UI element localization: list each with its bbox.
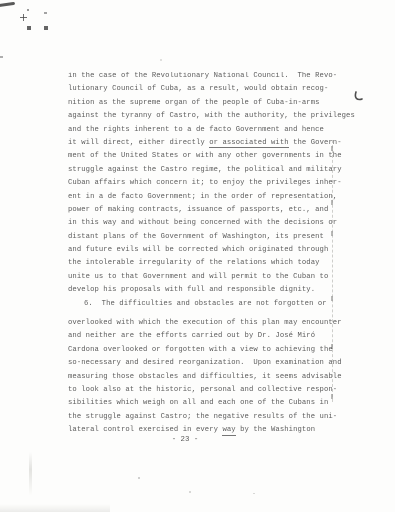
handwritten-tick-icon [350, 90, 366, 106]
text-line: in the case of the Revolutionary Nationa… [68, 70, 340, 83]
text-line: overlooked with which the execution of t… [68, 317, 340, 330]
text-line: struggle against the Castro regime, the … [68, 164, 340, 177]
punch-dot-icon [27, 9, 29, 11]
text-line: Cardona overlooked or forgotten with a v… [68, 344, 340, 357]
text-line: and future evils will be corrected which… [68, 244, 340, 257]
text-line: sibilities which weigh on all and each o… [68, 397, 340, 410]
text-line: the struggle against Castro; the negativ… [68, 411, 340, 424]
scanned-document-page: in the case of the Revolutionary Nationa… [0, 0, 395, 512]
text-line: unite us to that Government and will per… [68, 271, 340, 284]
text-line: to look also at the historic, personal a… [68, 384, 340, 397]
text-line: measuring those obstacles and difficulti… [68, 371, 340, 384]
scan-edge-shade [0, 504, 110, 512]
text-line: develop his proposals with full and resp… [68, 284, 340, 297]
text-line: it will direct, either directly or assoc… [68, 137, 340, 150]
punch-dot-icon [44, 12, 47, 14]
punch-square-icon [27, 26, 31, 30]
scan-corner-streak [0, 2, 15, 7]
text-line: ent in a de facto Government; in the ord… [68, 191, 340, 204]
scan-smudge [29, 452, 32, 496]
text-line: and the rights inherent to a de facto Go… [68, 124, 340, 137]
text-line: 6. The difficulties and obstacles are no… [68, 298, 340, 311]
punch-square-icon [44, 26, 48, 30]
text-line: the intolerable irregularity of the rela… [68, 257, 340, 270]
text-line: in this way and without being concerned … [68, 217, 340, 230]
ink-speck [253, 493, 255, 494]
page-number: - 23 - [150, 436, 220, 444]
text-line: distant plans of the Government of Washi… [68, 231, 340, 244]
text-line: so-necessary and desired reorganization.… [68, 357, 340, 370]
text-line: against the tyranny of Castro, with the … [68, 110, 340, 123]
text-line: power of making contracts, issuance of p… [68, 204, 340, 217]
edge-tick-mark [0, 56, 3, 58]
text-line: nition as the supreme organ of the peopl… [68, 97, 340, 110]
ink-speck [138, 477, 140, 479]
plus-mark-icon [23, 14, 24, 21]
typewritten-text-block: in the case of the Revolutionary Nationa… [68, 70, 340, 438]
plus-mark-icon [20, 17, 27, 18]
text-line: Cuban affairs which concern it; to enjoy… [68, 177, 340, 190]
text-line: and neither are the efforts carried out … [68, 330, 340, 343]
ink-speck [189, 491, 191, 493]
text-line: ment of the United States or with any ot… [68, 150, 340, 163]
ink-speck [160, 59, 162, 61]
punch-registration-marks [18, 6, 54, 32]
text-line: lutionary Council of Cuba, as a result, … [68, 83, 340, 96]
